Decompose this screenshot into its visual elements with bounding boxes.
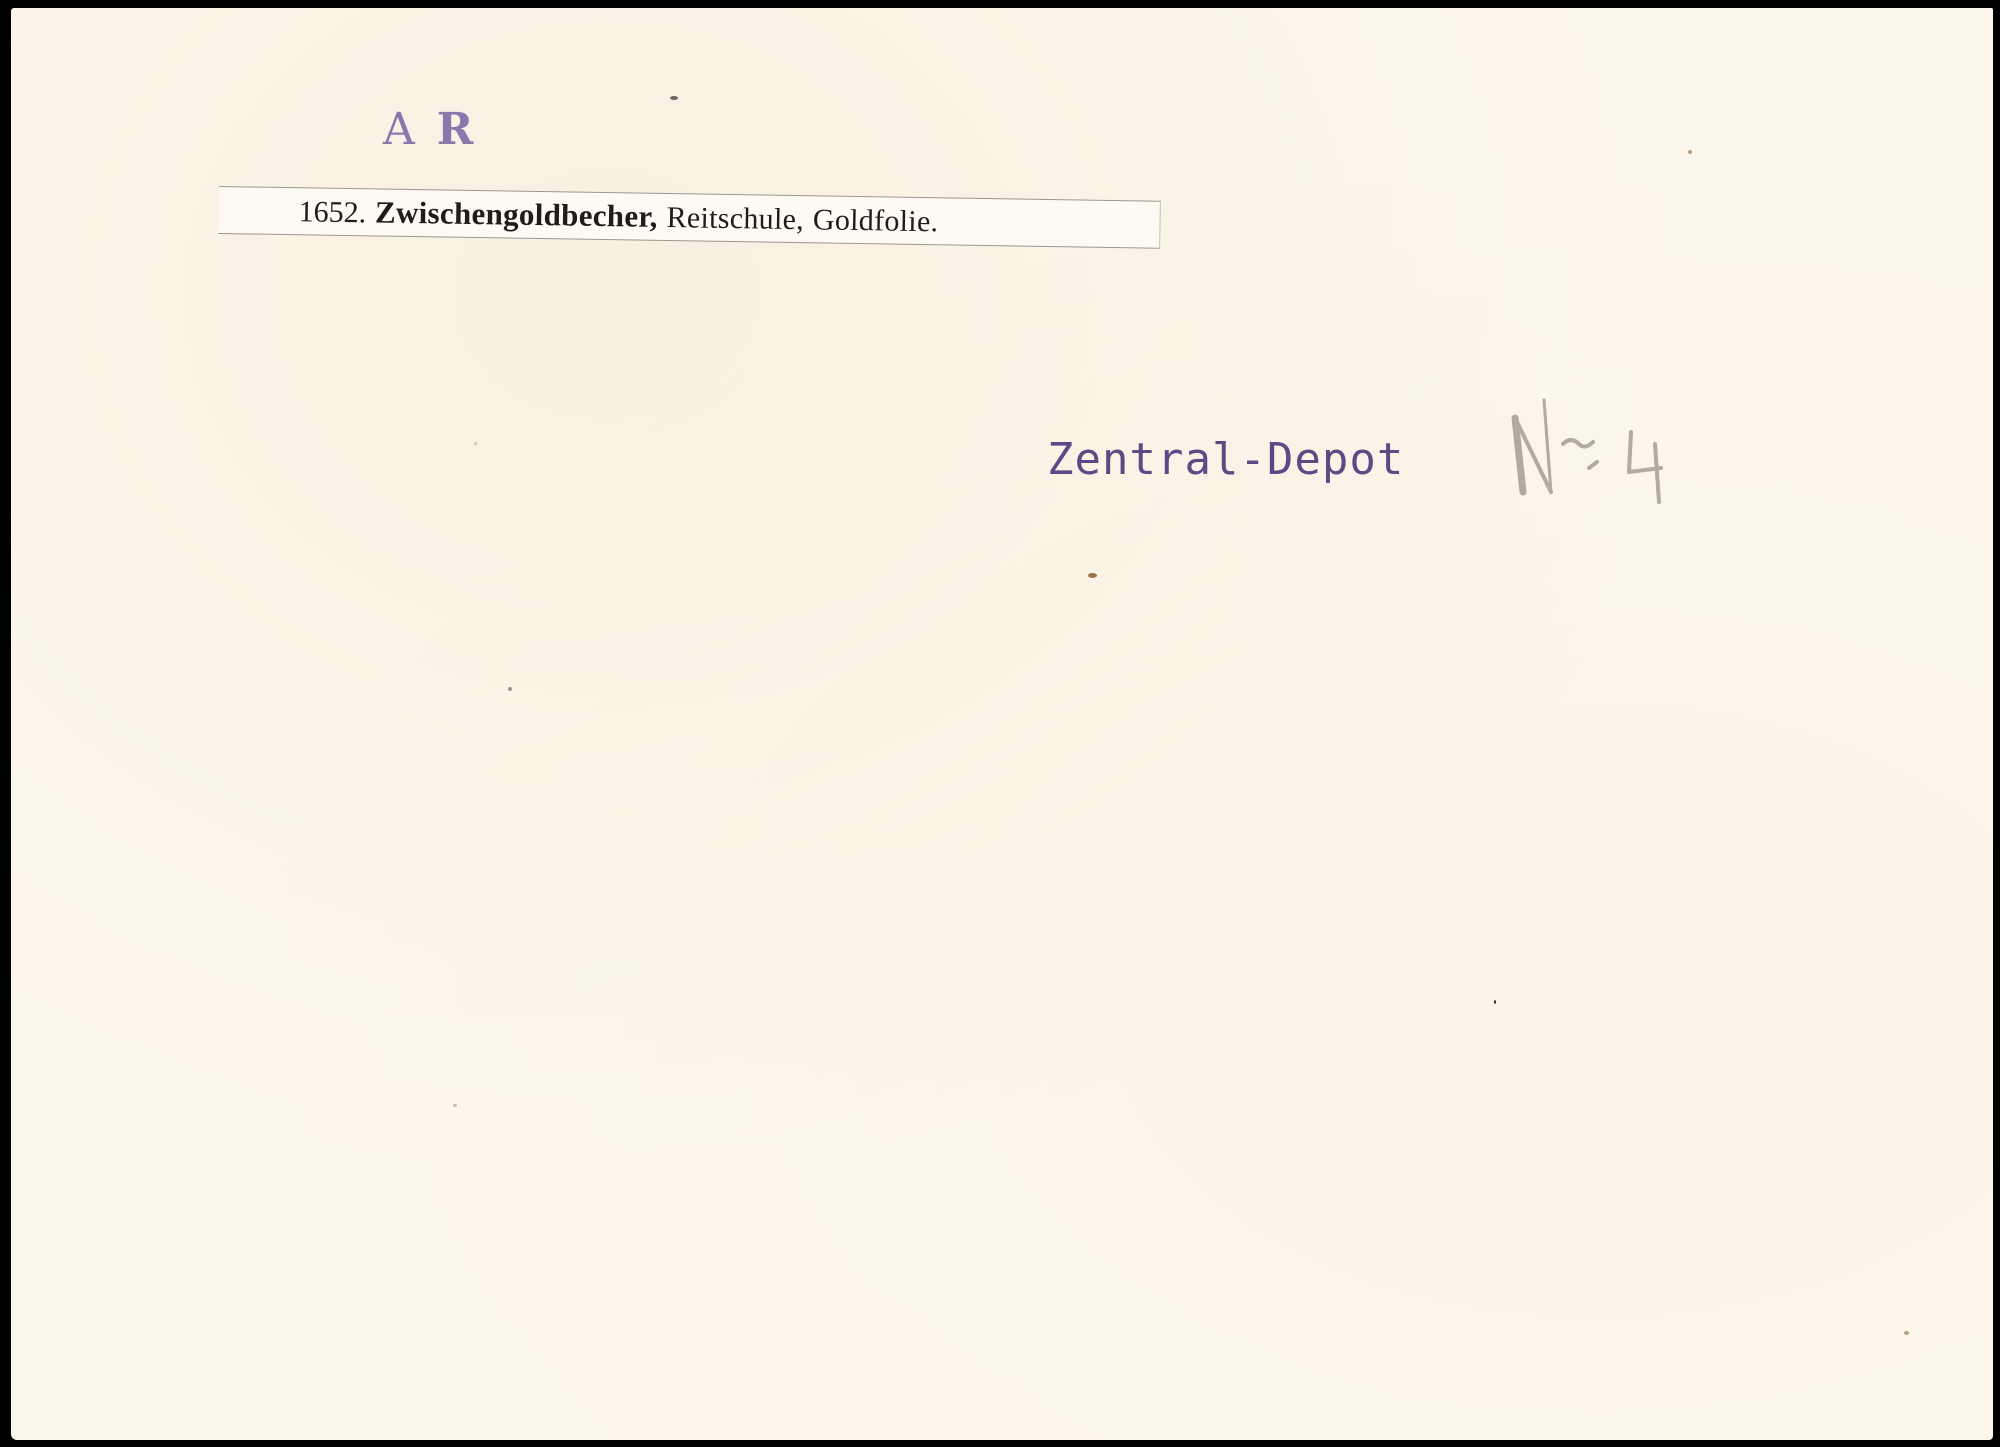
paper-speck bbox=[474, 442, 477, 445]
paper-speck bbox=[508, 687, 512, 691]
object-title: Zwischengoldbecher, bbox=[375, 194, 658, 233]
depot-stamp: Zentral-Depot bbox=[1047, 434, 1404, 485]
initial-r: R bbox=[437, 104, 474, 155]
catalogue-number: 1652. bbox=[298, 195, 366, 229]
paper-speck bbox=[670, 96, 678, 100]
initials-stamp: AR bbox=[383, 104, 473, 155]
object-technique: Goldfolie. bbox=[813, 203, 939, 238]
paper-speck bbox=[1088, 573, 1097, 578]
label-text: 1652. Zwischengoldbecher, Reitschule, Go… bbox=[298, 192, 938, 241]
paper-speck bbox=[1904, 1331, 1909, 1335]
handwritten-number-strokes-icon: N°. 4 bbox=[1501, 392, 1671, 507]
paper-speck bbox=[1688, 150, 1692, 154]
object-location: Reitschule, bbox=[666, 201, 804, 236]
printed-label-strip: 1652. Zwischengoldbecher, Reitschule, Go… bbox=[218, 186, 1161, 249]
paper-speck bbox=[1494, 1000, 1496, 1004]
initial-a: A bbox=[383, 104, 415, 155]
svg-text:N°. 4: N°. 4 bbox=[1501, 392, 1504, 393]
catalogue-card: AR 1652. Zwischengoldbecher, Reitschule,… bbox=[11, 8, 1993, 1440]
handwritten-number: N°. 4 bbox=[1501, 392, 1671, 507]
paper-speck bbox=[453, 1104, 457, 1107]
